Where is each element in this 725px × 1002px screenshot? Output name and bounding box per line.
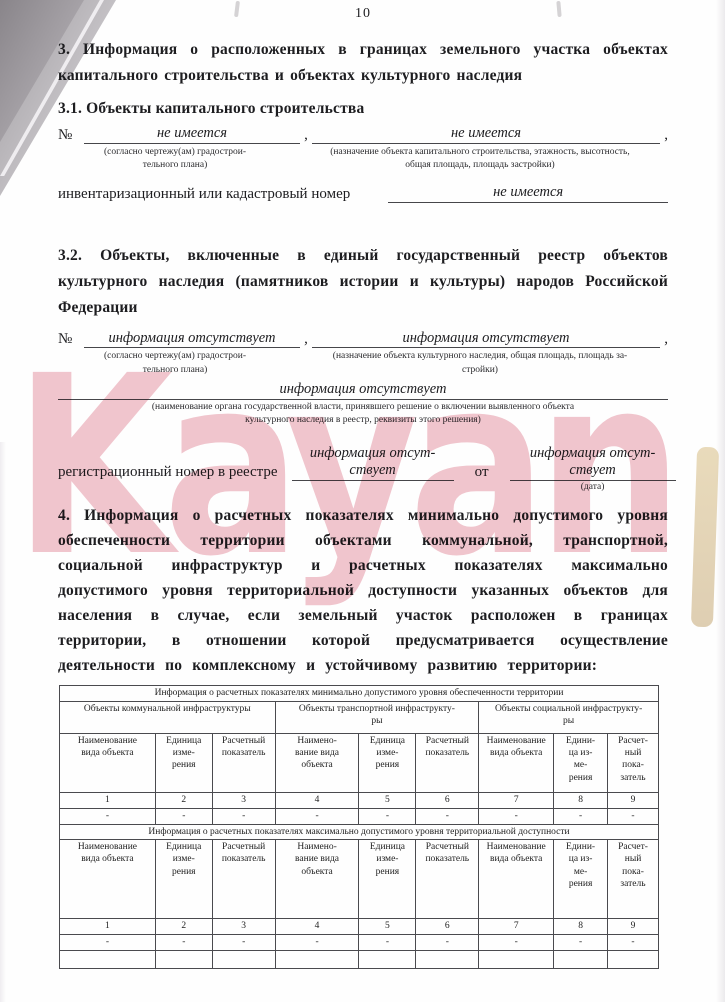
table-cell bbox=[275, 951, 359, 969]
table-cell: - bbox=[212, 808, 275, 824]
column-number: 3 bbox=[212, 919, 275, 935]
table-cell: - bbox=[212, 935, 275, 951]
column-number: 2 bbox=[155, 919, 212, 935]
table-value-row: - - - - - - - - - bbox=[60, 935, 659, 951]
table-empty-row bbox=[60, 951, 659, 969]
comma-separator: , bbox=[300, 127, 312, 144]
page-number: 10 bbox=[58, 6, 668, 22]
column-number: 8 bbox=[554, 919, 608, 935]
from-label: от bbox=[454, 464, 510, 481]
number-sign-label: № bbox=[58, 331, 84, 348]
inventory-number-row: инвентаризационный или кадастровый номер… bbox=[58, 184, 668, 203]
table-cell: - bbox=[554, 808, 608, 824]
column-header: Наименование вида объекта bbox=[60, 733, 156, 792]
heritage-object-number-field: информация отсутствует bbox=[84, 330, 300, 349]
table-cell: - bbox=[60, 935, 156, 951]
column-number: 4 bbox=[275, 792, 359, 808]
heritage-object-purpose-field: информация отсутствует bbox=[312, 330, 660, 349]
table-cell: - bbox=[275, 808, 359, 824]
table-cell: - bbox=[60, 808, 156, 824]
table-cell bbox=[479, 951, 554, 969]
field-caption: (согласно чертежу(ам) градострои- тельно… bbox=[58, 146, 292, 173]
table-header-row: Наименование вида объекта Единица изме- … bbox=[60, 733, 659, 792]
table-cell: - bbox=[155, 935, 212, 951]
column-header: Единица изме- рения bbox=[359, 733, 416, 792]
section-3-2-heading: 3.2. Объекты, включенные в единый госуда… bbox=[58, 243, 668, 322]
column-header: Единица изме- рения bbox=[155, 733, 212, 792]
column-header: Расчетный показатель bbox=[416, 840, 479, 919]
table-cell: - bbox=[479, 935, 554, 951]
field-caption: (назначение объекта культурного наследия… bbox=[292, 350, 668, 377]
column-header: Расчетный показатель bbox=[212, 840, 275, 919]
column-header: Единица изме- рения bbox=[155, 840, 212, 919]
scan-edge-right bbox=[716, 0, 725, 1002]
table-value-row: - - - - - - - - - bbox=[60, 808, 659, 824]
column-number: 7 bbox=[479, 919, 554, 935]
column-number: 2 bbox=[155, 792, 212, 808]
column-header: Расчетный показатель bbox=[416, 733, 479, 792]
column-number: 4 bbox=[275, 919, 359, 935]
table-cell bbox=[155, 951, 212, 969]
field-caption: (назначение объекта капитального строите… bbox=[292, 146, 668, 173]
column-number-row: 1 2 3 4 5 6 7 8 9 bbox=[60, 792, 659, 808]
table-cell: - bbox=[275, 935, 359, 951]
column-header: Наимено- вание вида объекта bbox=[275, 733, 359, 792]
table-cell: - bbox=[479, 808, 554, 824]
table-cell bbox=[359, 951, 416, 969]
column-header: Расчет- ный пока- затель bbox=[608, 733, 659, 792]
heritage-objects-form-row: № информация отсутствует , информация от… bbox=[58, 330, 668, 349]
table-caption-row: Информация о расчетных показателях макси… bbox=[60, 824, 659, 839]
capital-object-purpose-field: не имеется bbox=[312, 125, 660, 144]
comma-separator: , bbox=[660, 127, 668, 144]
capital-object-number-field: не имеется bbox=[84, 125, 300, 144]
section-3-1-heading: 3.1. Объекты капитального строительства bbox=[58, 99, 668, 119]
column-number: 8 bbox=[554, 792, 608, 808]
column-number: 9 bbox=[608, 919, 659, 935]
table-cell: - bbox=[554, 935, 608, 951]
column-header: Наименование вида объекта bbox=[479, 840, 554, 919]
column-number: 5 bbox=[359, 792, 416, 808]
date-caption: (дата) bbox=[510, 481, 676, 494]
column-number: 3 bbox=[212, 792, 275, 808]
group-transport: Объекты транспортной инфраструкту- ры bbox=[275, 701, 479, 733]
table-part2-caption: Информация о расчетных показателях макси… bbox=[60, 824, 659, 839]
registry-number-label: регистрационный номер в реестре bbox=[58, 464, 278, 481]
table-cell bbox=[554, 951, 608, 969]
section-4-heading: 4. Информация о расчетных показателях ми… bbox=[58, 503, 668, 679]
inventory-number-label: инвентаризационный или кадастровый номер bbox=[58, 186, 350, 203]
authority-field: информация отсутствует bbox=[58, 381, 668, 400]
inventory-number-field: не имеется bbox=[388, 184, 668, 203]
table-group-header-row: Объекты коммунальной инфраструктуры Объе… bbox=[60, 701, 659, 733]
table-part1-caption: Информация о расчетных показателях миним… bbox=[60, 686, 659, 701]
table-cell: - bbox=[416, 808, 479, 824]
field-caption: (согласно чертежу(ам) градострои- тельно… bbox=[58, 350, 292, 377]
table-cell: - bbox=[608, 935, 659, 951]
column-header: Едини- ца из- ме- рения bbox=[554, 840, 608, 919]
number-sign-label: № bbox=[58, 127, 84, 144]
authority-field-block: информация отсутствует (наименование орг… bbox=[58, 381, 668, 427]
capital-objects-captions: (согласно чертежу(ам) градострои- тельно… bbox=[58, 146, 668, 173]
table-cell bbox=[416, 951, 479, 969]
comma-separator: , bbox=[300, 331, 312, 348]
table-cell: - bbox=[359, 935, 416, 951]
column-header: Наименование вида объекта bbox=[479, 733, 554, 792]
registry-number-row: регистрационный номер в реестре информац… bbox=[58, 445, 668, 480]
column-header: Наимено- вание вида объекта bbox=[275, 840, 359, 919]
registry-date-field: информация отсут- ствует bbox=[510, 445, 676, 480]
column-header: Едини- ца из- ме- рения bbox=[554, 733, 608, 792]
capital-objects-form-row: № не имеется , не имеется , bbox=[58, 125, 668, 144]
page-content: 10 3. Информация о расположенных в грани… bbox=[0, 0, 725, 969]
table-header-row: Наименование вида объекта Единица изме- … bbox=[60, 840, 659, 919]
table-caption-row: Информация о расчетных показателях миним… bbox=[60, 686, 659, 701]
group-social: Объекты социальной инфраструкту- ры bbox=[479, 701, 659, 733]
heritage-objects-captions: (согласно чертежу(ам) градострои- тельно… bbox=[58, 350, 668, 377]
section-3-heading: 3. Информация о расположенных в границах… bbox=[58, 37, 668, 90]
comma-separator: , bbox=[660, 331, 668, 348]
column-number: 7 bbox=[479, 792, 554, 808]
column-number: 1 bbox=[60, 919, 156, 935]
registry-date-field-wrap: информация отсут- ствует (дата) bbox=[510, 445, 676, 480]
column-header: Единица изме- рения bbox=[359, 840, 416, 919]
column-number: 6 bbox=[416, 792, 479, 808]
indicators-table: Информация о расчетных показателях миним… bbox=[59, 685, 659, 969]
authority-caption: (наименование органа государственной вла… bbox=[58, 401, 668, 428]
table-cell bbox=[212, 951, 275, 969]
table-cell bbox=[60, 951, 156, 969]
column-number: 9 bbox=[608, 792, 659, 808]
table-cell: - bbox=[155, 808, 212, 824]
column-number: 6 bbox=[416, 919, 479, 935]
table-cell: - bbox=[359, 808, 416, 824]
column-header: Расчет- ный пока- затель bbox=[608, 840, 659, 919]
column-header: Наименование вида объекта bbox=[60, 840, 156, 919]
registry-number-field-wrap: информация отсут- ствует bbox=[292, 445, 454, 480]
document-page: 10 3. Информация о расположенных в грани… bbox=[0, 0, 725, 1002]
column-header: Расчетный показатель bbox=[212, 733, 275, 792]
group-communal: Объекты коммунальной инфраструктуры bbox=[60, 701, 276, 733]
table-cell: - bbox=[416, 935, 479, 951]
table-cell: - bbox=[608, 808, 659, 824]
registry-number-field: информация отсут- ствует bbox=[292, 445, 454, 480]
table-cell bbox=[608, 951, 659, 969]
column-number-row: 1 2 3 4 5 6 7 8 9 bbox=[60, 919, 659, 935]
column-number: 1 bbox=[60, 792, 156, 808]
column-number: 5 bbox=[359, 919, 416, 935]
